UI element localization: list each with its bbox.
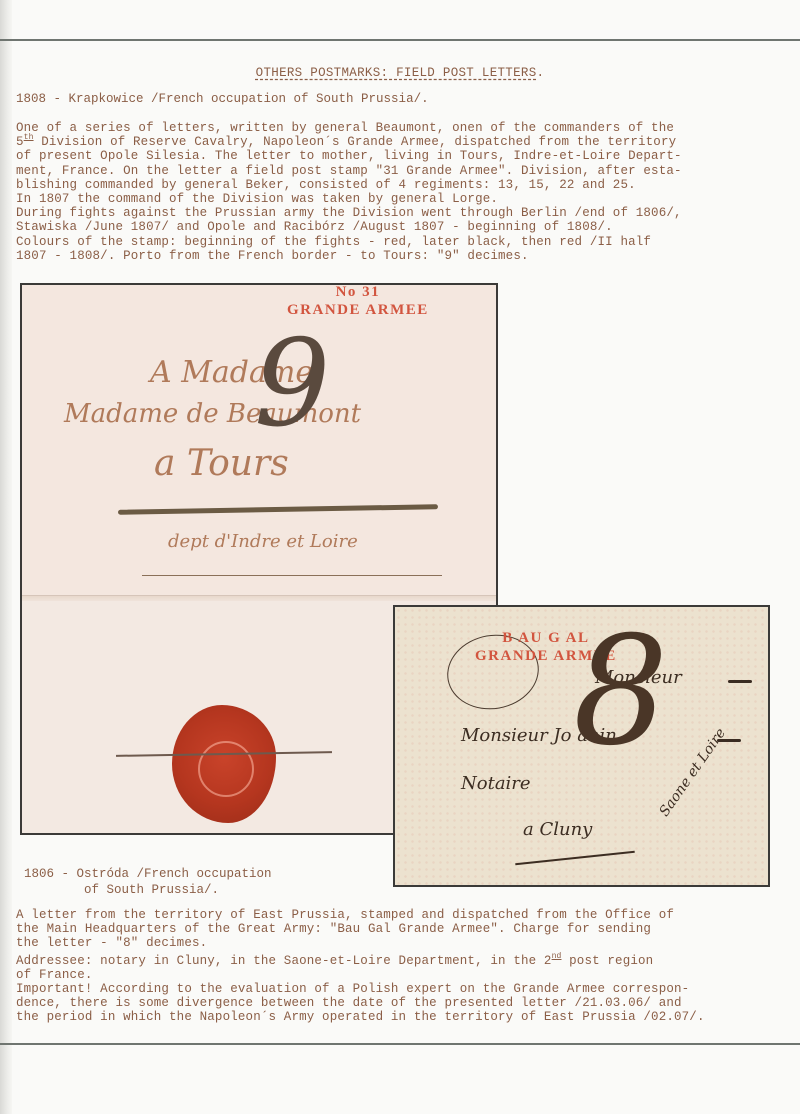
- para-line: A letter from the territory of East Prus…: [16, 908, 796, 922]
- underline: [142, 575, 442, 576]
- address-line: Notaire: [461, 773, 531, 794]
- para-line: 5th Division of Reserve Cavalry, Napoleo…: [16, 135, 796, 149]
- page-edge-shadow: [0, 0, 12, 1114]
- dash-mark: [728, 680, 752, 683]
- para-line: the letter - "8" decimes.: [16, 936, 796, 950]
- para-line: Colours of the stamp: beginning of the f…: [16, 235, 796, 249]
- para-line: blishing commanded by general Beker, con…: [16, 178, 796, 192]
- porto-mark-9: 9: [254, 325, 330, 445]
- para-line: the Main Headquarters of the Great Army:…: [16, 922, 796, 936]
- para-line: During fights against the Prussian army …: [16, 206, 796, 220]
- heading-line: of South Prussia/.: [24, 882, 272, 898]
- heading-line: 1806 - Ostróda /French occupation: [24, 866, 272, 882]
- underline: [515, 851, 635, 866]
- top-rule: [0, 39, 800, 41]
- para-line: of France.: [16, 968, 796, 982]
- bottom-rule: [0, 1043, 800, 1045]
- section1-heading: 1808 - Krapkowice /French occupation of …: [16, 92, 429, 106]
- para-line: Stawiska /June 1807/ and Opole and Racib…: [16, 220, 796, 234]
- underline-flourish: [118, 504, 438, 515]
- section1-paragraph: One of a series of letters, written by g…: [16, 121, 796, 263]
- wax-seal: [172, 705, 276, 823]
- para-line: Important! According to the evaluation o…: [16, 982, 796, 996]
- page-title: OTHERS POSTMARKS: FIELD POST LETTERS.: [0, 66, 800, 80]
- ordinal-number: 5: [16, 135, 24, 149]
- para-line: the period in which the Napoleon´s Army …: [16, 1010, 796, 1024]
- para-line: In 1807 the command of the Division was …: [16, 192, 796, 206]
- letter-1806-ostroda: B AU G AL GRANDE ARMEE Monsieur Monsieur…: [393, 605, 770, 887]
- ordinal-suffix: th: [24, 133, 34, 142]
- para-line: One of a series of letters, written by g…: [16, 121, 796, 135]
- para-line: dence, there is some divergence between …: [16, 996, 796, 1010]
- page-title-text: OTHERS POSTMARKS: FIELD POST LETTERS: [256, 66, 537, 80]
- porto-mark-8: 8: [573, 617, 668, 767]
- para-line: of present Opole Silesia. The letter to …: [16, 149, 796, 163]
- address-line: a Cluny: [523, 819, 592, 840]
- section2-paragraph: A letter from the territory of East Prus…: [16, 908, 796, 1025]
- line-text: Addressee: notary in Cluny, in the Saone…: [16, 954, 552, 968]
- line-text: Division of Reserve Cavalry, Napoleon´s …: [34, 135, 677, 149]
- seal-emblem: [198, 741, 254, 797]
- address-line: dept d'Indre et Loire: [168, 531, 358, 552]
- line-text: post region: [562, 954, 654, 968]
- postmark-31-grande-armee: No 31 GRANDE ARMEE: [287, 283, 429, 319]
- para-line: ment, France. On the letter a field post…: [16, 164, 796, 178]
- para-line: 1807 - 1808/. Porto from the French bord…: [16, 249, 796, 263]
- section2-heading: 1806 - Ostróda /French occupation of Sou…: [24, 866, 272, 898]
- stamp-line: No 31: [287, 283, 429, 301]
- title-period: .: [537, 66, 545, 80]
- para-line: Addressee: notary in Cluny, in the Saone…: [16, 954, 796, 968]
- ordinal-suffix: nd: [552, 952, 562, 961]
